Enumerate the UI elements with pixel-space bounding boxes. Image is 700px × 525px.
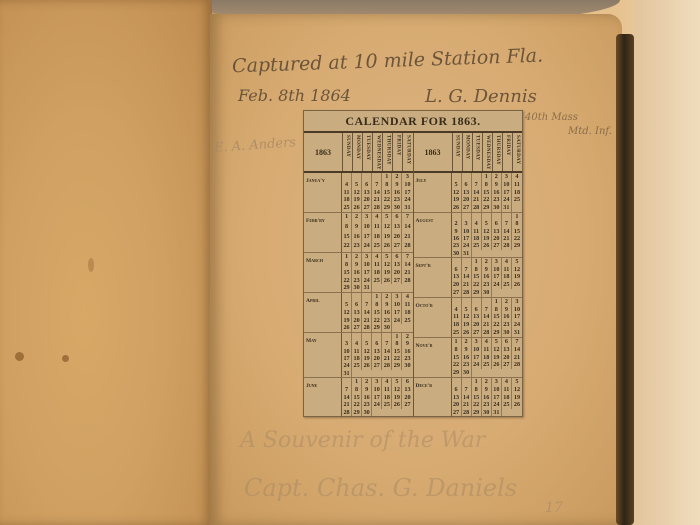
day-number: 9 bbox=[352, 261, 362, 269]
day-wednesday: WEDNESDAY bbox=[373, 133, 383, 171]
day-number: 26 bbox=[452, 204, 462, 212]
day-number: 29 bbox=[352, 409, 362, 417]
day-number bbox=[462, 173, 472, 181]
day-number: 28 bbox=[472, 204, 482, 212]
day-number: 8 bbox=[342, 261, 352, 269]
day-number: 17 bbox=[362, 269, 372, 277]
day-number: 26 bbox=[512, 401, 522, 409]
day-number: 5 bbox=[452, 181, 462, 189]
day-number: 12 bbox=[512, 266, 522, 274]
day-grid: 1234567891011121314151617181920212223242… bbox=[452, 378, 523, 417]
day-number: 21 bbox=[372, 196, 382, 204]
day-number: 26 bbox=[512, 281, 522, 289]
month-name: May bbox=[304, 333, 342, 377]
day-number: 10 bbox=[502, 181, 512, 189]
day-number: 18 bbox=[502, 394, 512, 402]
day-number bbox=[452, 378, 462, 386]
day-number: 2 bbox=[482, 378, 492, 386]
day-number: 5 bbox=[352, 181, 362, 189]
day-number: 5 bbox=[512, 258, 522, 266]
day-number: 22 bbox=[492, 321, 502, 329]
month-name: Febr'ry bbox=[304, 213, 342, 252]
day-number: 16 bbox=[492, 189, 502, 197]
day-number: 20 bbox=[492, 235, 502, 242]
day-number: 12 bbox=[492, 346, 502, 354]
day-number: 1 bbox=[482, 173, 492, 181]
day-number: 24 bbox=[402, 196, 412, 204]
day-number: 23 bbox=[482, 401, 492, 409]
month-name: June bbox=[304, 378, 342, 417]
day-number: 4 bbox=[352, 340, 362, 347]
year-label: 1863 bbox=[304, 133, 343, 171]
calendar-1863: CALENDAR FOR 1863. 1863 SUNDAY MONDAY TU… bbox=[303, 110, 523, 417]
day-number: 28 bbox=[382, 362, 392, 369]
day-tuesday: TUESDAY bbox=[363, 133, 373, 171]
day-number: 23 bbox=[402, 355, 412, 362]
day-number: 10 bbox=[392, 301, 402, 309]
day-number bbox=[352, 333, 362, 340]
day-number: 11 bbox=[502, 386, 512, 394]
day-number: 9 bbox=[492, 181, 502, 189]
day-number: 20 bbox=[452, 401, 462, 409]
day-number: 31 bbox=[342, 370, 352, 377]
day-number: 21 bbox=[472, 196, 482, 204]
month-name: Janua'y bbox=[304, 173, 342, 212]
day-number: 24 bbox=[492, 281, 502, 289]
day-sunday: SUNDAY bbox=[453, 133, 463, 171]
day-number: 16 bbox=[352, 269, 362, 277]
day-number: 17 bbox=[492, 273, 502, 281]
day-number: 24 bbox=[342, 362, 352, 369]
day-number: 26 bbox=[362, 362, 372, 369]
day-number: 24 bbox=[362, 277, 372, 285]
day-number: 25 bbox=[482, 361, 492, 369]
day-number: 3 bbox=[362, 213, 372, 223]
day-grid: 1234567891011121314151617181920212223242… bbox=[342, 378, 413, 417]
day-number: 18 bbox=[372, 233, 382, 243]
day-number: 21 bbox=[382, 355, 392, 362]
day-number: 7 bbox=[402, 213, 412, 223]
year-label: 1863 bbox=[414, 133, 453, 171]
day-number bbox=[362, 333, 372, 340]
day-number: 9 bbox=[452, 228, 462, 235]
day-saturday: SATURDAY bbox=[513, 133, 522, 171]
day-number: 1 bbox=[382, 173, 392, 181]
day-number: 10 bbox=[362, 223, 372, 233]
day-number: 15 bbox=[512, 228, 522, 235]
day-number: 2 bbox=[362, 378, 372, 386]
day-number: 10 bbox=[362, 261, 372, 269]
day-number: 26 bbox=[382, 242, 392, 252]
day-number: 4 bbox=[372, 213, 382, 223]
day-number: 8 bbox=[392, 340, 402, 347]
day-number: 27 bbox=[452, 409, 462, 417]
day-number: 2 bbox=[502, 298, 512, 306]
month-block: Nove'r1234567891011121314151617181920212… bbox=[414, 338, 523, 378]
day-number: 5 bbox=[482, 220, 492, 227]
day-number: 23 bbox=[362, 401, 372, 409]
day-number: 30 bbox=[482, 289, 492, 297]
day-number: 4 bbox=[502, 258, 512, 266]
day-number: 1 bbox=[472, 378, 482, 386]
day-number: 18 bbox=[342, 196, 352, 204]
day-number: 16 bbox=[482, 394, 492, 402]
day-number: 7 bbox=[462, 266, 472, 274]
day-number: 22 bbox=[452, 361, 462, 369]
day-number: 16 bbox=[452, 235, 462, 242]
day-number: 6 bbox=[472, 306, 482, 314]
day-grid: 1234567891011121314151617181920212223242… bbox=[452, 258, 523, 297]
day-number: 19 bbox=[352, 196, 362, 204]
day-number: 29 bbox=[492, 329, 502, 337]
day-number: 23 bbox=[452, 242, 462, 249]
day-number: 9 bbox=[392, 181, 402, 189]
day-number bbox=[462, 213, 472, 220]
month-block: March12345678910111213141516171819202122… bbox=[304, 253, 413, 293]
day-number: 25 bbox=[502, 281, 512, 289]
day-number: 30 bbox=[492, 204, 502, 212]
day-number: 11 bbox=[342, 189, 352, 197]
day-number: 3 bbox=[372, 378, 382, 386]
day-number: 17 bbox=[342, 355, 352, 362]
month-block: July123456789101112131415161718192021222… bbox=[414, 173, 523, 213]
day-number: 20 bbox=[452, 281, 462, 289]
day-number: 9 bbox=[462, 346, 472, 354]
day-number: 7 bbox=[462, 386, 472, 394]
day-number: 15 bbox=[452, 354, 462, 362]
day-number: 14 bbox=[402, 261, 412, 269]
day-number: 3 bbox=[392, 293, 402, 301]
day-number: 22 bbox=[382, 196, 392, 204]
day-tuesday: TUESDAY bbox=[473, 133, 483, 171]
calendar-title: CALENDAR FOR 1863. bbox=[304, 111, 522, 133]
day-saturday: SATURDAY bbox=[403, 133, 412, 171]
day-number: 13 bbox=[492, 228, 502, 235]
day-number: 19 bbox=[382, 269, 392, 277]
day-number: 25 bbox=[382, 401, 392, 409]
day-number: 28 bbox=[342, 409, 352, 417]
day-number: 9 bbox=[352, 223, 362, 233]
day-number: 18 bbox=[472, 235, 482, 242]
month-block: May1234567891011121314151617181920212223… bbox=[304, 333, 413, 378]
day-number: 5 bbox=[382, 213, 392, 223]
day-number: 5 bbox=[462, 306, 472, 314]
day-number: 17 bbox=[372, 394, 382, 402]
day-number: 10 bbox=[462, 228, 472, 235]
day-number: 11 bbox=[482, 346, 492, 354]
month-name: Sept'r bbox=[414, 258, 452, 297]
day-number: 28 bbox=[462, 289, 472, 297]
day-number: 28 bbox=[482, 329, 492, 337]
day-number: 24 bbox=[462, 242, 472, 249]
day-number: 14 bbox=[472, 189, 482, 197]
day-number: 6 bbox=[352, 301, 362, 309]
day-number: 17 bbox=[462, 235, 472, 242]
day-number: 24 bbox=[362, 242, 372, 252]
day-number: 20 bbox=[392, 269, 402, 277]
day-number: 15 bbox=[392, 348, 402, 355]
day-number: 9 bbox=[502, 306, 512, 314]
day-number: 27 bbox=[452, 289, 462, 297]
day-number: 29 bbox=[482, 204, 492, 212]
day-number: 5 bbox=[492, 338, 502, 346]
month-block: Octo'r1234567891011121314151617181920212… bbox=[414, 298, 523, 338]
day-number: 21 bbox=[502, 235, 512, 242]
day-number: 14 bbox=[512, 346, 522, 354]
day-number: 3 bbox=[402, 173, 412, 181]
day-friday: FRIDAY bbox=[503, 133, 513, 171]
day-number: 7 bbox=[472, 181, 482, 189]
day-number: 27 bbox=[352, 324, 362, 332]
day-number: 19 bbox=[342, 317, 352, 325]
day-number: 19 bbox=[512, 394, 522, 402]
day-number: 30 bbox=[502, 329, 512, 337]
day-friday: FRIDAY bbox=[393, 133, 403, 171]
day-number: 30 bbox=[482, 409, 492, 417]
day-number: 23 bbox=[492, 196, 502, 204]
day-number: 6 bbox=[372, 340, 382, 347]
day-number: 4 bbox=[502, 378, 512, 386]
day-number: 27 bbox=[392, 277, 402, 285]
day-number: 21 bbox=[462, 281, 472, 289]
day-number: 31 bbox=[362, 284, 372, 292]
day-number: 4 bbox=[402, 293, 412, 301]
day-number: 14 bbox=[462, 394, 472, 402]
day-number: 7 bbox=[362, 301, 372, 309]
day-number: 1 bbox=[452, 338, 462, 346]
day-number: 18 bbox=[452, 321, 462, 329]
day-number: 27 bbox=[502, 361, 512, 369]
day-number: 13 bbox=[402, 386, 412, 394]
day-number: 2 bbox=[392, 173, 402, 181]
day-number: 16 bbox=[392, 189, 402, 197]
day-number: 3 bbox=[462, 220, 472, 227]
day-number: 22 bbox=[352, 401, 362, 409]
day-number: 8 bbox=[382, 181, 392, 189]
day-number: 13 bbox=[472, 313, 482, 321]
day-number: 12 bbox=[352, 189, 362, 197]
day-number: 23 bbox=[502, 321, 512, 329]
day-number: 24 bbox=[472, 361, 482, 369]
day-number: 15 bbox=[472, 394, 482, 402]
day-number: 12 bbox=[382, 223, 392, 233]
day-number: 5 bbox=[382, 253, 392, 261]
day-number: 28 bbox=[502, 242, 512, 249]
day-number: 10 bbox=[472, 346, 482, 354]
day-number: 16 bbox=[352, 233, 362, 243]
day-number: 8 bbox=[512, 220, 522, 227]
day-number: 18 bbox=[482, 354, 492, 362]
day-number bbox=[492, 213, 502, 220]
day-number bbox=[362, 293, 372, 301]
month-name: August bbox=[414, 213, 452, 257]
day-number: 6 bbox=[462, 181, 472, 189]
day-number: 22 bbox=[342, 242, 352, 252]
day-number: 16 bbox=[482, 273, 492, 281]
day-number: 1 bbox=[472, 258, 482, 266]
day-number: 11 bbox=[452, 313, 462, 321]
calendar-right-half: 1863 SUNDAY MONDAY TUESDAY WEDNESDAY THU… bbox=[414, 133, 523, 417]
day-number: 25 bbox=[512, 196, 522, 204]
day-number: 12 bbox=[452, 189, 462, 197]
inscription-souvenir: A Souvenir of the War bbox=[240, 428, 485, 453]
day-number: 7 bbox=[512, 338, 522, 346]
day-number: 26 bbox=[462, 329, 472, 337]
day-number: 25 bbox=[402, 317, 412, 325]
day-number: 11 bbox=[502, 266, 512, 274]
day-number: 31 bbox=[462, 250, 472, 257]
day-number: 6 bbox=[492, 220, 502, 227]
day-number: 4 bbox=[472, 220, 482, 227]
day-number bbox=[462, 298, 472, 306]
day-number: 3 bbox=[342, 340, 352, 347]
day-thursday: THURSDAY bbox=[383, 133, 393, 171]
day-number: 13 bbox=[392, 261, 402, 269]
day-number: 10 bbox=[372, 386, 382, 394]
day-number: 1 bbox=[372, 293, 382, 301]
day-number: 21 bbox=[512, 354, 522, 362]
day-number: 25 bbox=[372, 242, 382, 252]
day-number bbox=[352, 293, 362, 301]
day-number: 25 bbox=[352, 362, 362, 369]
day-number: 14 bbox=[342, 394, 352, 402]
day-number: 1 bbox=[492, 298, 502, 306]
day-number: 24 bbox=[512, 321, 522, 329]
day-number: 2 bbox=[452, 220, 462, 227]
day-number bbox=[452, 298, 462, 306]
day-grid: 1234567891011121314151617181920212223242… bbox=[452, 213, 523, 257]
day-number: 20 bbox=[352, 317, 362, 325]
day-number: 7 bbox=[482, 306, 492, 314]
day-number: 9 bbox=[382, 301, 392, 309]
foxing-stain bbox=[62, 355, 69, 362]
day-number: 23 bbox=[482, 281, 492, 289]
day-number: 29 bbox=[472, 289, 482, 297]
day-number: 28 bbox=[402, 277, 412, 285]
day-number: 25 bbox=[502, 401, 512, 409]
day-number: 8 bbox=[352, 386, 362, 394]
day-number: 27 bbox=[372, 362, 382, 369]
day-number: 13 bbox=[362, 189, 372, 197]
day-number: 22 bbox=[372, 317, 382, 325]
day-number: 15 bbox=[342, 233, 352, 243]
day-number: 30 bbox=[352, 284, 362, 292]
day-number: 8 bbox=[492, 306, 502, 314]
day-number bbox=[382, 333, 392, 340]
day-number: 13 bbox=[452, 273, 462, 281]
day-number: 2 bbox=[352, 253, 362, 261]
day-grid: 1234567891011121314151617181920212223242… bbox=[452, 173, 523, 212]
day-number: 3 bbox=[492, 378, 502, 386]
day-number: 26 bbox=[352, 204, 362, 212]
month-block: August1234567891011121314151617181920212… bbox=[414, 213, 523, 258]
day-grid: 1234567891011121314151617181920212223242… bbox=[452, 298, 523, 337]
day-number: 6 bbox=[452, 266, 462, 274]
day-number: 20 bbox=[372, 355, 382, 362]
month-name: April bbox=[304, 293, 342, 332]
day-number: 23 bbox=[352, 242, 362, 252]
day-number: 13 bbox=[372, 348, 382, 355]
day-number: 13 bbox=[502, 346, 512, 354]
day-number: 22 bbox=[482, 196, 492, 204]
day-number: 7 bbox=[502, 220, 512, 227]
day-number: 21 bbox=[362, 317, 372, 325]
day-number bbox=[342, 293, 352, 301]
day-number: 10 bbox=[492, 386, 502, 394]
day-number: 23 bbox=[352, 277, 362, 285]
day-number: 30 bbox=[452, 250, 462, 257]
day-number: 27 bbox=[362, 204, 372, 212]
day-number: 12 bbox=[462, 313, 472, 321]
day-number: 5 bbox=[362, 340, 372, 347]
day-number: 7 bbox=[342, 386, 352, 394]
day-number bbox=[352, 173, 362, 181]
day-number: 4 bbox=[452, 306, 462, 314]
day-number: 8 bbox=[472, 386, 482, 394]
day-number: 25 bbox=[372, 277, 382, 285]
day-number: 11 bbox=[402, 301, 412, 309]
day-number: 29 bbox=[512, 242, 522, 249]
day-number: 5 bbox=[342, 301, 352, 309]
day-number: 14 bbox=[462, 273, 472, 281]
month-block: Dece'r1234567891011121314151617181920212… bbox=[414, 378, 523, 417]
day-number: 11 bbox=[352, 348, 362, 355]
day-number: 19 bbox=[452, 196, 462, 204]
day-number: 11 bbox=[372, 261, 382, 269]
day-number: 6 bbox=[502, 338, 512, 346]
month-name: March bbox=[304, 253, 342, 292]
day-number: 2 bbox=[482, 258, 492, 266]
day-number: 14 bbox=[362, 309, 372, 317]
day-number: 12 bbox=[512, 386, 522, 394]
day-number: 3 bbox=[502, 173, 512, 181]
day-number: 13 bbox=[392, 223, 402, 233]
day-number: 8 bbox=[482, 181, 492, 189]
day-number: 24 bbox=[372, 401, 382, 409]
day-number: 22 bbox=[392, 355, 402, 362]
table-surface bbox=[634, 0, 700, 525]
book-cover-edge bbox=[616, 34, 634, 525]
day-number: 6 bbox=[402, 378, 412, 386]
day-number: 3 bbox=[472, 338, 482, 346]
day-number bbox=[342, 173, 352, 181]
day-number: 9 bbox=[402, 340, 412, 347]
day-number: 21 bbox=[342, 401, 352, 409]
day-number: 19 bbox=[482, 235, 492, 242]
day-number: 15 bbox=[382, 189, 392, 197]
day-number bbox=[482, 298, 492, 306]
day-number: 18 bbox=[382, 394, 392, 402]
day-number bbox=[342, 333, 352, 340]
day-number: 1 bbox=[512, 213, 522, 220]
day-number: 23 bbox=[382, 317, 392, 325]
day-number: 14 bbox=[402, 223, 412, 233]
day-number: 20 bbox=[392, 233, 402, 243]
day-number: 1 bbox=[352, 378, 362, 386]
day-number: 27 bbox=[392, 242, 402, 252]
month-block: Sept'r1234567891011121314151617181920212… bbox=[414, 258, 523, 298]
inscription-signature: L. G. Dennis bbox=[425, 86, 537, 107]
month-block: Janua'y123456789101112131415161718192021… bbox=[304, 173, 413, 213]
day-number: 27 bbox=[472, 329, 482, 337]
day-number: 15 bbox=[472, 273, 482, 281]
day-number: 31 bbox=[512, 329, 522, 337]
day-number: 2 bbox=[352, 213, 362, 223]
day-number bbox=[502, 213, 512, 220]
day-number: 8 bbox=[372, 301, 382, 309]
day-number: 29 bbox=[372, 324, 382, 332]
day-number bbox=[472, 298, 482, 306]
